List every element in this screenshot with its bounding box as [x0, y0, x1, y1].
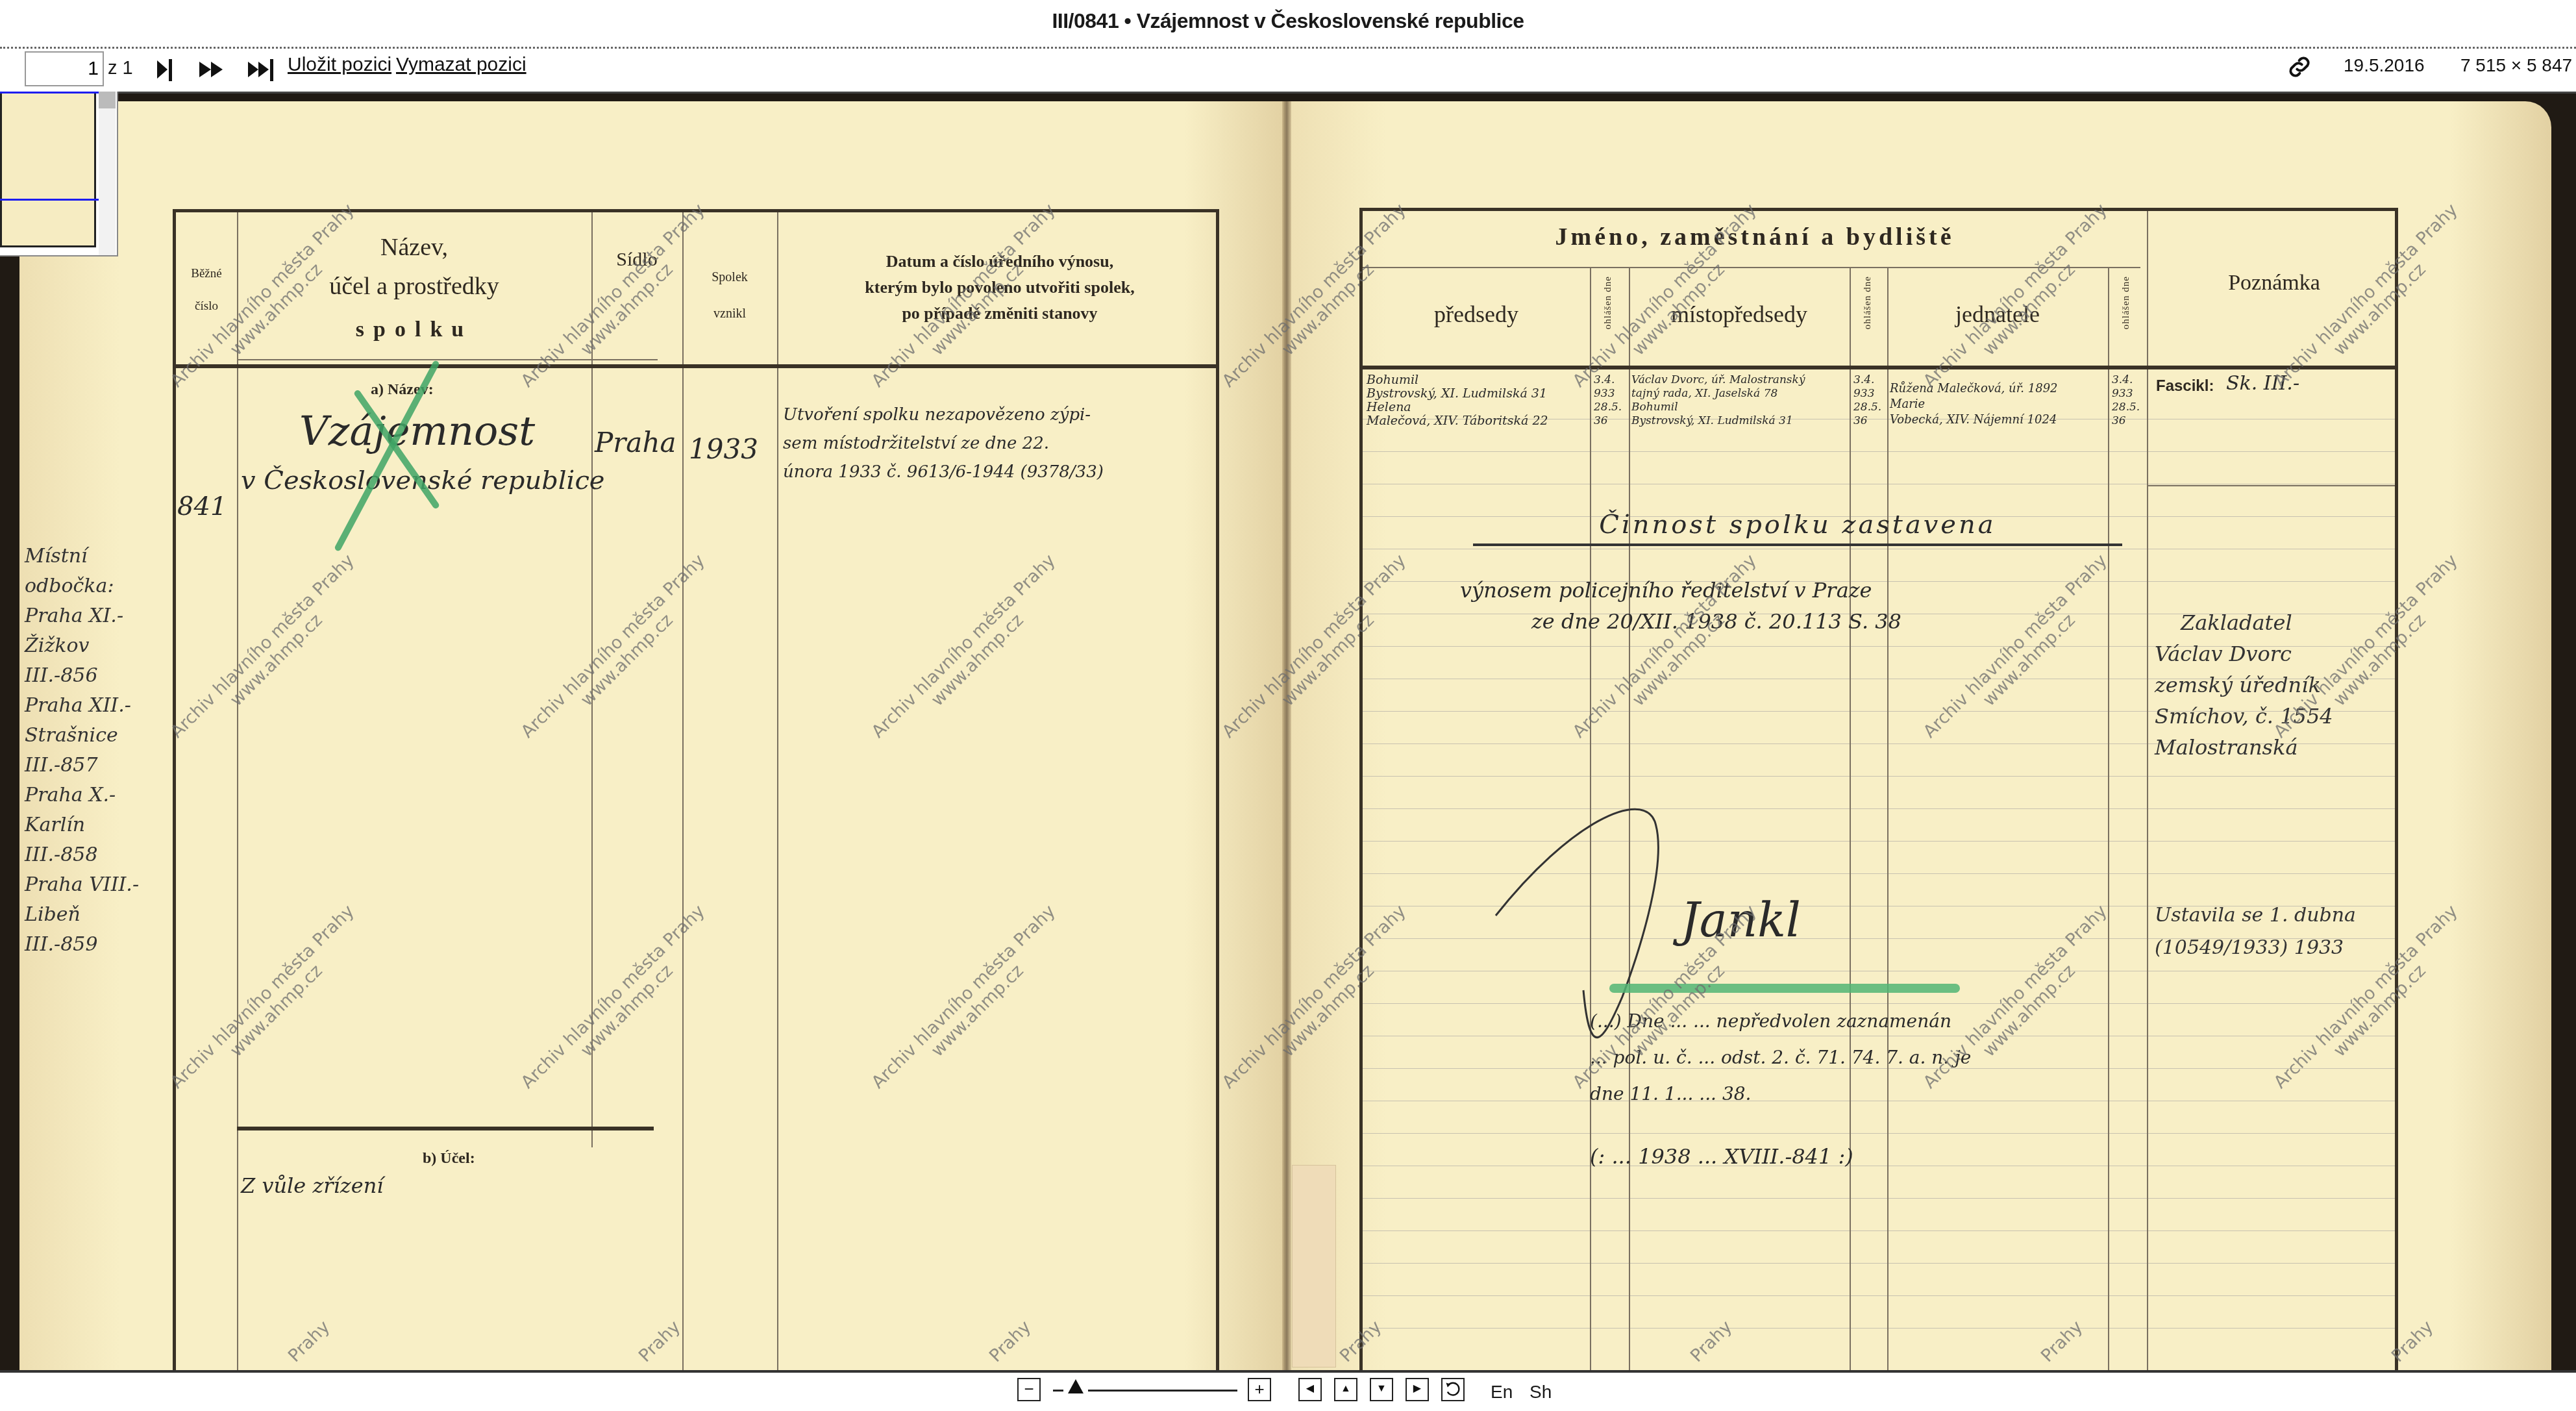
register-form-left: Běžné číslo Název, účel a prostředky spo…: [173, 209, 1219, 1373]
header-reported-on: ohlášen dne: [1603, 276, 1614, 329]
header-vice-chairman: místopředsedy: [1629, 301, 1850, 328]
header-name-purpose: Název, účel a prostředky: [237, 228, 591, 306]
signature: Jankl: [1681, 893, 1801, 947]
toolbar: z 1 Uložit pozici Vymazat pozici 19.5.20…: [0, 49, 2576, 92]
rotate-button[interactable]: [1441, 1378, 1465, 1401]
fascicle-label: Fascikl:: [2156, 377, 2214, 395]
zoom-out-button[interactable]: −: [1017, 1378, 1041, 1401]
clear-position-link[interactable]: Vymazat pozici: [396, 54, 526, 76]
header-name-occupation-residence: Jméno, zaměstnání a bydliště: [1363, 223, 2147, 251]
margin-notes: Místní odbočka: Praha XI.- Žižkov III.-8…: [25, 542, 139, 960]
label-purpose: b) Účel:: [423, 1150, 475, 1168]
viewport-frame[interactable]: [0, 92, 109, 201]
title-bar: III/0841 • Vzájemnost v Československé r…: [0, 0, 2576, 47]
pan-left-button[interactable]: ◀: [1298, 1378, 1322, 1401]
image-dimensions: 7 515 × 5 847 b: [2460, 55, 2576, 76]
save-position-link[interactable]: Uložit pozici: [288, 54, 391, 76]
fast-forward-icon: [198, 55, 227, 84]
page-count: z 1: [108, 58, 133, 79]
entry-chairman-dates: 3.4. 933 28.5. 36: [1594, 373, 1622, 428]
next-page-icon: [156, 55, 175, 84]
last-page-button[interactable]: [247, 55, 278, 84]
entry-secretary: Růžena Malečková, úř. 1892 Marie Vobecká…: [1890, 381, 2058, 428]
page-number-input[interactable]: [25, 51, 104, 86]
header-note: Poznámka: [2147, 271, 2401, 295]
header-chairman: předsedy: [1363, 301, 1590, 328]
pan-right-button[interactable]: ▶: [1406, 1378, 1429, 1401]
entry-decree: Utvoření spolku nezapovězeno zýpi- sem m…: [783, 401, 1104, 486]
header-decree: Datum a číslo úředního výnosu, kterým by…: [777, 249, 1222, 327]
entry-secretary-dates: 3.4. 933 28.5. 36: [2112, 373, 2140, 428]
entry-seat: Praha: [595, 427, 676, 458]
zoom-in-button[interactable]: +: [1248, 1378, 1271, 1401]
zoom-slider-handle[interactable]: [1068, 1379, 1084, 1393]
activity-stopped-title: Činnost spolku zastavena: [1473, 510, 2122, 546]
header-of-association: spolku: [237, 318, 591, 342]
last-page-icon: [247, 55, 278, 84]
paper-patch: [1292, 1165, 1336, 1367]
closing-notes: (...) Dne ... ... nepředvolen zaznamenán…: [1590, 1003, 1971, 1175]
language-sh[interactable]: Sh: [1529, 1382, 1552, 1403]
green-underline: [1609, 984, 1960, 993]
scan-date: 19.5.2016: [2344, 55, 2425, 76]
entry-number: 841: [177, 492, 227, 521]
rotate-icon: [1444, 1380, 1462, 1399]
pan-down-button[interactable]: ▼: [1370, 1378, 1393, 1401]
next-page-button[interactable]: [156, 55, 175, 84]
entry-name-line1: Vzájemnost: [299, 407, 535, 455]
slider-min-tick: [1053, 1390, 1063, 1392]
entry-chairman: Bohumil Bystrovský, XI. Ludmilská 31 Hel…: [1367, 373, 1548, 428]
header-founded: Spolek vznikl: [682, 259, 777, 332]
zoom-slider-track[interactable]: [1088, 1390, 1237, 1392]
fascicle-value: Sk. III.-: [2226, 372, 2299, 395]
entry-year: 1933: [689, 433, 758, 465]
fast-forward-button[interactable]: [198, 55, 227, 84]
link-icon: [2285, 53, 2314, 81]
scrollbar-thumb[interactable]: [99, 92, 116, 108]
founders-note: Zakladatel Václav Dvorc zemský úředník S…: [2155, 607, 2333, 763]
thumbnail-scrollbar[interactable]: [99, 92, 116, 255]
entry-vice-chairman-dates: 3.4. 933 28.5. 36: [1853, 373, 1881, 428]
header-secretary: jednatele: [1887, 301, 2108, 328]
permalink-button[interactable]: [2285, 53, 2314, 81]
entry-purpose: Z vůle zřízení: [241, 1173, 383, 1198]
header-reported-on: ohlášen dne: [2121, 276, 2132, 329]
entry-vice-chairman: Václav Dvorc, úř. Malostranský tajný rad…: [1631, 373, 1805, 428]
header-running-number: Běžné číslo: [176, 258, 237, 323]
language-en[interactable]: En: [1491, 1382, 1513, 1403]
header-seat: Sídlo: [591, 249, 682, 271]
register-form-right: Jméno, zaměstnání a bydliště předsedy mí…: [1359, 208, 2398, 1373]
document-title: III/0841 • Vzájemnost v Československé r…: [0, 9, 2576, 33]
thumbnail-navigator[interactable]: [0, 92, 118, 256]
pan-up-button[interactable]: ▲: [1334, 1378, 1357, 1401]
bottom-controls: − + ◀ ▲ ▼ ▶ En Sh: [0, 1373, 2576, 1411]
book-spine: [1282, 101, 1291, 1373]
activity-stopped-text: výnosem policejního ředitelství v Praze …: [1460, 575, 1901, 637]
header-reported-on: ohlášen dne: [1863, 276, 1874, 329]
document-viewer[interactable]: Běžné číslo Název, účel a prostředky spo…: [0, 92, 2576, 1373]
founding-date-note: Ustavila se 1. dubna (10549/1933) 1933: [2155, 899, 2356, 964]
